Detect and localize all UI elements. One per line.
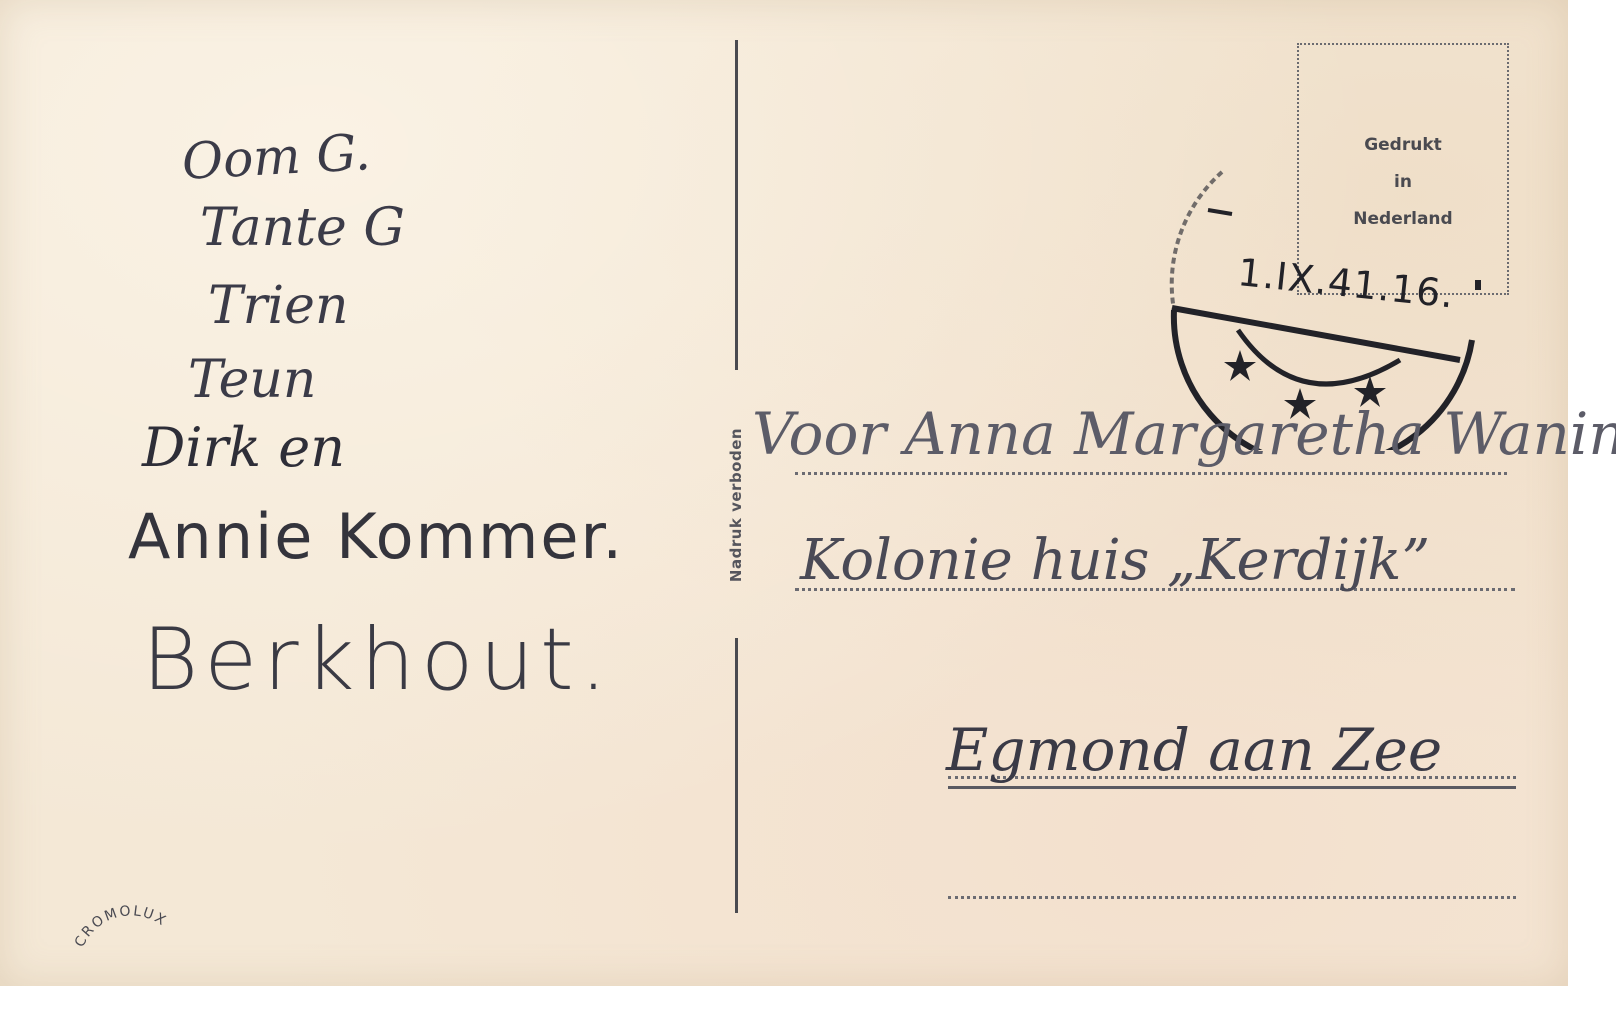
message-line-4: Teun <box>188 350 316 410</box>
postcard-back: Oom G. Tante G Trien Teun Dirk en Annie … <box>0 0 1568 986</box>
address-rule-1 <box>795 472 1507 475</box>
address-rule-4 <box>948 896 1516 899</box>
divider-label: Nadruk verboden <box>727 428 745 582</box>
address-rule-3-underline <box>948 786 1516 789</box>
address-line-2: Kolonie huis „Kerdijk” <box>800 528 1430 593</box>
address-line-3: Egmond aan Zee <box>946 716 1442 784</box>
svg-text:CROMOLUX: CROMOLUX <box>72 903 170 950</box>
publisher-brand: CROMOLUX <box>70 880 190 960</box>
message-line-1: Oom G. <box>181 123 372 191</box>
center-divider-top <box>735 40 738 370</box>
message-line-7: Berkhout. <box>142 610 613 710</box>
address-line-1: Voor Anna Margaretha Wanint <box>752 400 1616 468</box>
message-line-3: Trien <box>208 276 348 336</box>
publisher-brand-text: CROMOLUX <box>72 903 170 950</box>
scan-margin-bottom <box>0 986 1616 1016</box>
message-line-2: Tante G <box>200 198 405 258</box>
stamp-text-line-1: Gedrukt <box>1299 127 1507 164</box>
message-line-5: Dirk en <box>142 416 345 479</box>
center-divider-bottom <box>735 638 738 913</box>
scan-margin-right <box>1568 0 1616 1016</box>
message-line-6: Annie Kommer. <box>128 500 624 573</box>
